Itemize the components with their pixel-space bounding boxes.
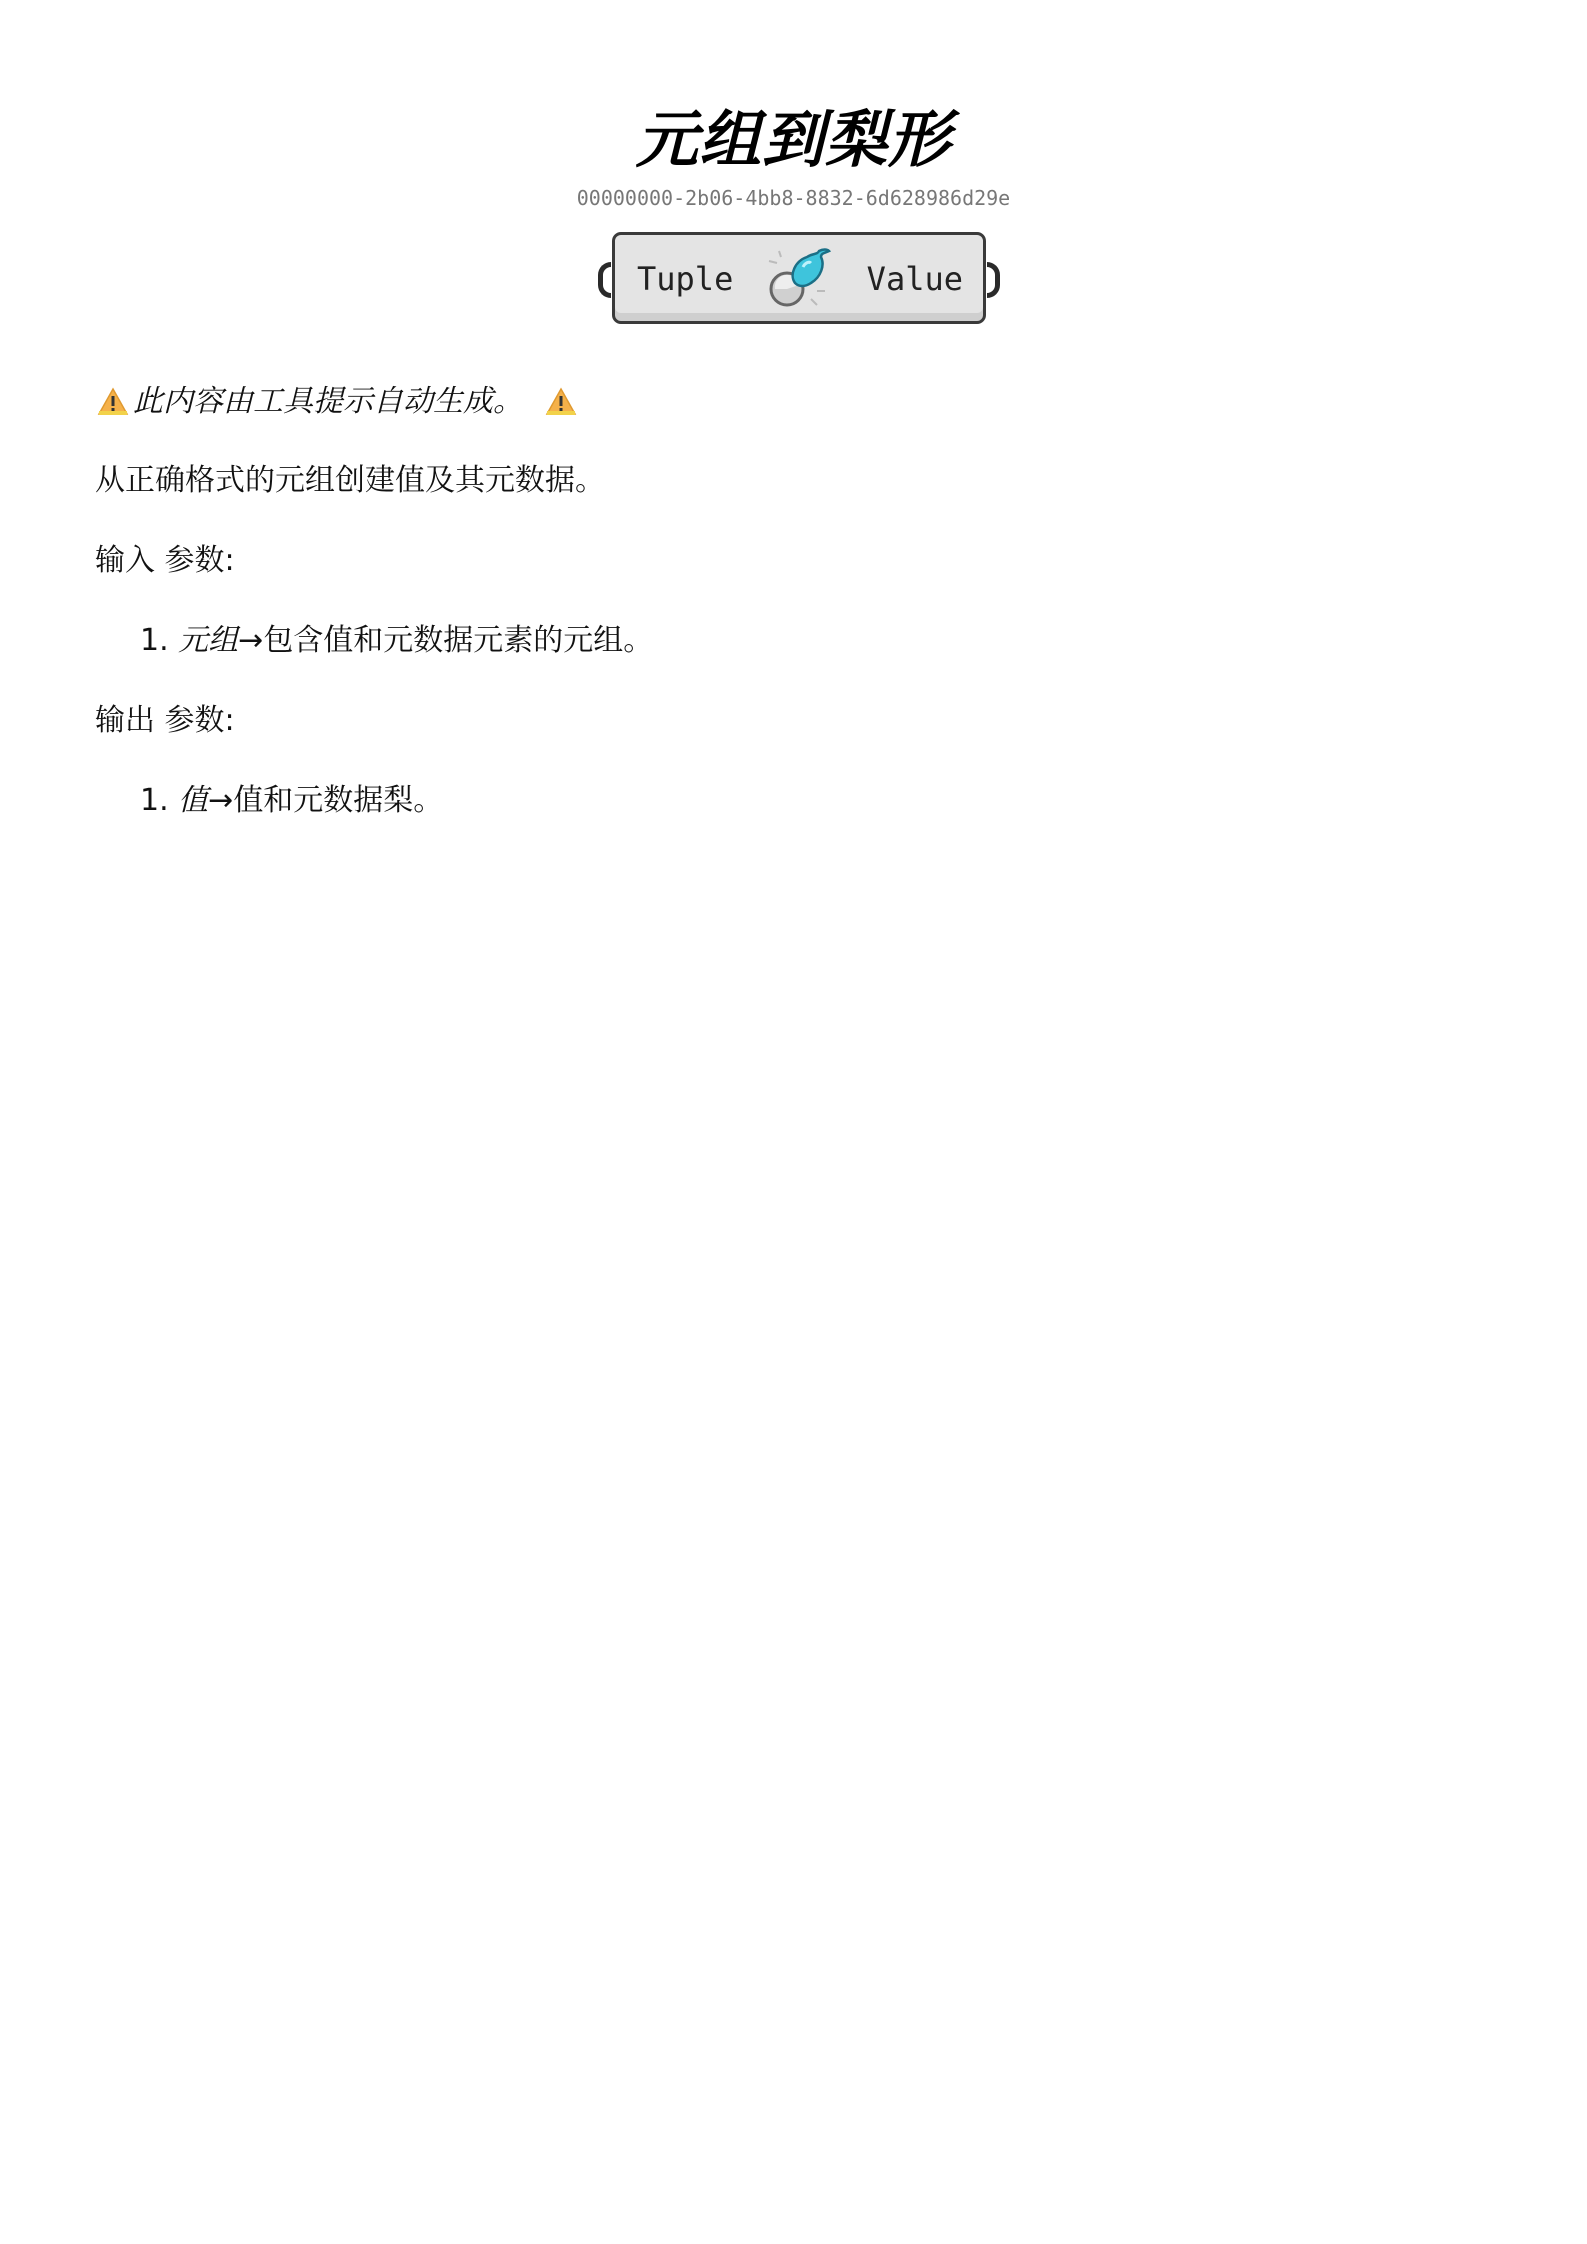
- param-name: 值: [178, 783, 208, 818]
- component-guid: 00000000-2b06-4bb8-8832-6d628986d29e: [0, 184, 1587, 212]
- param-description: 包含值和元数据元素的元组。: [263, 623, 653, 658]
- warning-icon: [545, 387, 577, 417]
- output-param-label: Value: [867, 259, 963, 299]
- input-param-item: 1. 元组→包含值和元数据元素的元组。: [140, 623, 653, 659]
- output-param-item: 1. 值→值和元数据梨。: [140, 783, 443, 819]
- list-number: 1.: [140, 783, 169, 818]
- pear-icon: [765, 243, 837, 315]
- component-body: Tuple Value: [612, 232, 986, 324]
- inputs-heading: 输入 参数:: [95, 543, 235, 579]
- param-name: 元组: [178, 623, 238, 658]
- warning-icon: [97, 387, 129, 417]
- auto-generated-notice: 此内容由工具提示自动生成。: [97, 384, 581, 420]
- component-description: 从正确格式的元组创建值及其元数据。: [95, 463, 605, 499]
- output-grip[interactable]: [987, 262, 1000, 298]
- arrow: →: [208, 783, 233, 818]
- notice-text: 此内容由工具提示自动生成。: [133, 384, 523, 420]
- outputs-heading: 输出 参数:: [95, 703, 235, 739]
- component-node: Tuple Value: [612, 232, 984, 322]
- input-param-label: Tuple: [637, 259, 733, 299]
- arrow: →: [238, 623, 263, 658]
- page-title: 元组到梨形: [0, 104, 1587, 176]
- param-description: 值和元数据梨。: [233, 783, 443, 818]
- input-grip[interactable]: [598, 262, 611, 298]
- list-number: 1.: [140, 623, 169, 658]
